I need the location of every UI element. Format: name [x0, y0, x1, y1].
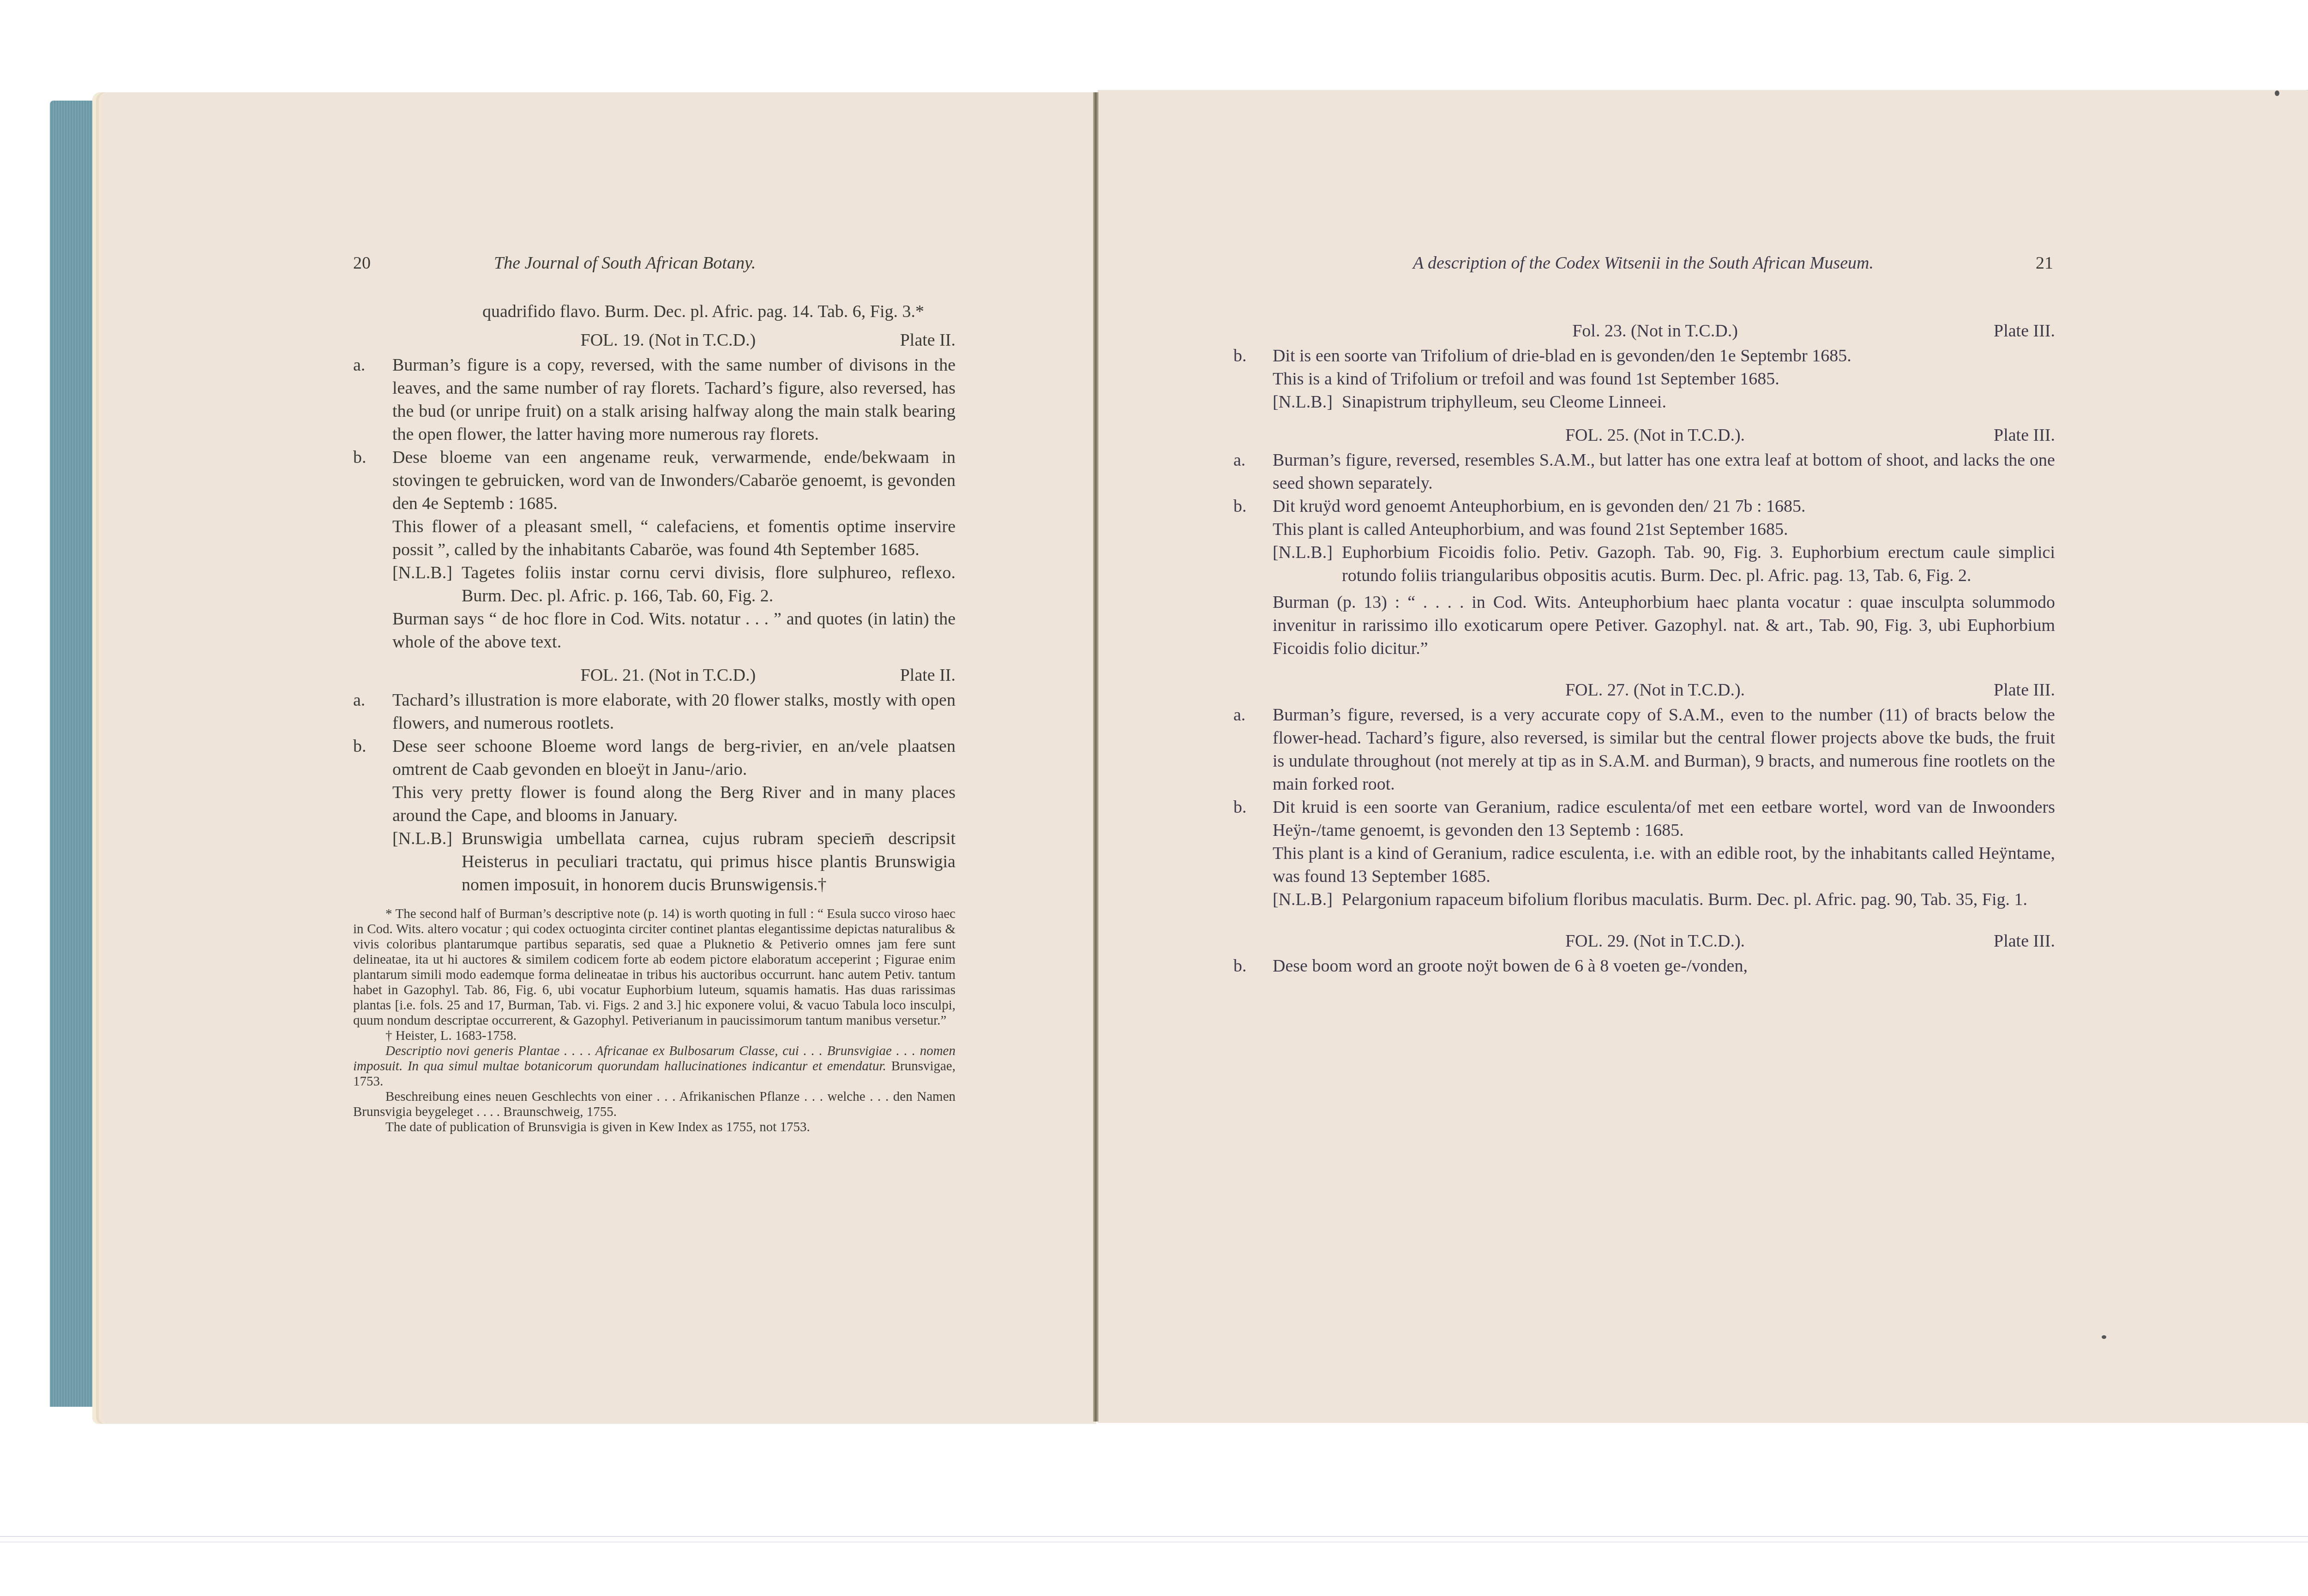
running-head-text: A description of the Codex Witsenii in t… — [1413, 253, 1874, 273]
burman-note: Burman (p. 13) : “ . . . . in Cod. Wits.… — [1233, 591, 2055, 660]
folio-title: Fol. 23. (Not in T.C.D.) — [1233, 319, 1994, 342]
page-number-right: 21 — [2036, 253, 2053, 273]
entry-text: Burman’s figure is a copy, reversed, wit… — [392, 354, 956, 446]
entry-text: Burman’s figure, reversed, is a very acc… — [1273, 703, 2055, 796]
nlb-text: Pelargonium rapaceum bifolium floribus m… — [1342, 888, 2055, 911]
ink-spot — [2102, 1335, 2106, 1339]
plate-label: Plate III. — [1994, 930, 2055, 953]
footnote-star: * The second half of Burman’s descriptiv… — [353, 906, 956, 1028]
footnote-latin-title: Descriptio novi generis Plantae . . . . … — [353, 1044, 956, 1089]
continuation-text: quadrifido flavo. Burm. Dec. pl. Afric. … — [353, 300, 956, 323]
right-page-body: Fol. 23. (Not in T.C.D.) Plate III. b. D… — [1233, 314, 2055, 978]
nlb-text: Sinapistrum triphylleum, seu Cleome Linn… — [1342, 390, 2055, 414]
nlb-tag: [N.L.B.] — [1273, 541, 1342, 587]
burman-note: Burman says “ de hoc flore in Cod. Wits.… — [353, 607, 956, 654]
left-page-body: quadrifido flavo. Burm. Dec. pl. Afric. … — [353, 300, 956, 1135]
nlb-tag: [N.L.B.] — [392, 827, 462, 896]
entry-marker: a. — [353, 354, 392, 446]
translation: This is a kind of Trifolium or trefoil a… — [1233, 367, 2055, 390]
entry-a: a. Burman’s figure is a copy, reversed, … — [353, 354, 956, 446]
nlb-tag: [N.L.B.] — [392, 561, 462, 607]
nlb-tag: [N.L.B.] — [1273, 888, 1342, 911]
entry-b: b. Dese boom word an groote noÿt bowen d… — [1233, 954, 2055, 978]
entry-text: Dit kruÿd word genoemt Anteuphorbium, en… — [1273, 495, 2055, 518]
entry-marker: a. — [1233, 703, 1273, 796]
entry-marker: b. — [1233, 954, 1273, 978]
entry-text: Dit is een soorte van Trifolium of drie-… — [1273, 344, 2055, 367]
plate-label: Plate III. — [1994, 319, 2055, 342]
entry-a: a. Burman’s figure, reversed, is a very … — [1233, 703, 2055, 796]
entry-text: Burman’s figure, reversed, resembles S.A… — [1273, 449, 2055, 495]
translation: This plant is called Anteuphorbium, and … — [1233, 518, 2055, 541]
plate-label: Plate II. — [900, 664, 956, 687]
nlb-text: Tagetes foliis instar cornu cervi divisi… — [462, 561, 956, 607]
book-gutter — [1093, 92, 1099, 1422]
entry-marker: b. — [1233, 495, 1273, 518]
nlb-tag: [N.L.B.] — [1273, 390, 1342, 414]
entry-b: b. Dit kruÿd word genoemt Anteuphorbium,… — [1233, 495, 2055, 518]
running-head-right: A description of the Codex Witsenii in t… — [1279, 253, 2008, 273]
entry-b: b. Dit kruid is een soorte van Geranium,… — [1233, 796, 2055, 842]
page-number-left: 20 — [353, 253, 371, 273]
footnote-date-note: The date of publication of Brunsvigia is… — [353, 1120, 956, 1135]
folio-heading: FOL. 29. (Not in T.C.D.). Plate III. — [1233, 930, 2055, 953]
entry-a: a. Tachard’s illustration is more elabor… — [353, 689, 956, 735]
folio-heading: FOL. 19. (Not in T.C.D.) Plate II. — [353, 329, 956, 352]
folio-title: FOL. 29. (Not in T.C.D.). — [1233, 930, 1994, 953]
entry-marker: b. — [353, 446, 392, 515]
nlb-note: [N.L.B.] Sinapistrum triphylleum, seu Cl… — [1233, 390, 2055, 414]
plate-label: Plate III. — [1994, 678, 2055, 702]
folio-heading: Fol. 23. (Not in T.C.D.) Plate III. — [1233, 319, 2055, 342]
entry-marker: b. — [353, 735, 392, 781]
running-head-text: The Journal of South African Botany. — [494, 253, 756, 273]
entry-b: b. Dese bloeme van een angename reuk, ve… — [353, 446, 956, 515]
footnote-german-title: Beschreibung eines neuen Geschlechts von… — [353, 1089, 956, 1120]
translation: This plant is a kind of Geranium, radice… — [1233, 842, 2055, 888]
entry-marker: b. — [1233, 796, 1273, 842]
nlb-text: Euphorbium Ficoidis folio. Petiv. Gazoph… — [1342, 541, 2055, 587]
folio-heading: FOL. 27. (Not in T.C.D.). Plate III. — [1233, 678, 2055, 702]
entry-marker: b. — [1233, 344, 1273, 367]
ink-spot — [2275, 90, 2279, 96]
entry-text: Dese bloeme van een angename reuk, verwa… — [392, 446, 956, 515]
folio-heading: FOL. 25. (Not in T.C.D.). Plate III. — [1233, 424, 2055, 447]
entry-b: b. Dit is een soorte van Trifolium of dr… — [1233, 344, 2055, 367]
translation: This very pretty flower is found along t… — [353, 781, 956, 827]
entry-text: Tachard’s illustration is more elaborate… — [392, 689, 956, 735]
translation: This flower of a pleasant smell, “ calef… — [353, 515, 956, 561]
footnote-dagger: † Heister, L. 1683-1758. — [353, 1028, 956, 1044]
folio-title: FOL. 21. (Not in T.C.D.) — [353, 664, 900, 687]
nlb-note: [N.L.B.] Euphorbium Ficoidis folio. Peti… — [1233, 541, 2055, 587]
scanner-line — [0, 1536, 2308, 1537]
plate-label: Plate III. — [1994, 424, 2055, 447]
folio-title: FOL. 27. (Not in T.C.D.). — [1233, 678, 1994, 702]
folio-heading: FOL. 21. (Not in T.C.D.) Plate II. — [353, 664, 956, 687]
plate-label: Plate II. — [900, 329, 956, 352]
entry-a: a. Burman’s figure, reversed, resembles … — [1233, 449, 2055, 495]
entry-b: b. Dese seer schoone Bloeme word langs d… — [353, 735, 956, 781]
nlb-note: [N.L.B.] Brunswigia umbellata carnea, cu… — [353, 827, 956, 896]
entry-text: Dit kruid is een soorte van Geranium, ra… — [1273, 796, 2055, 842]
entry-marker: a. — [1233, 449, 1273, 495]
scanner-line — [0, 1542, 2308, 1542]
nlb-text: Brunswigia umbellata carnea, cujus rubra… — [462, 827, 956, 896]
folio-title: FOL. 19. (Not in T.C.D.) — [353, 329, 900, 352]
folio-title: FOL. 25. (Not in T.C.D.). — [1233, 424, 1994, 447]
entry-text: Dese boom word an groote noÿt bowen de 6… — [1273, 954, 2055, 978]
entry-text: Dese seer schoone Bloeme word langs de b… — [392, 735, 956, 781]
running-head-left: The Journal of South African Botany. — [494, 253, 756, 273]
entry-marker: a. — [353, 689, 392, 735]
latin-title-text: Descriptio novi generis Plantae . . . . … — [353, 1044, 956, 1074]
footnotes: * The second half of Burman’s descriptiv… — [353, 906, 956, 1135]
nlb-note: [N.L.B.] Pelargonium rapaceum bifolium f… — [1233, 888, 2055, 911]
nlb-note: [N.L.B.] Tagetes foliis instar cornu cer… — [353, 561, 956, 607]
